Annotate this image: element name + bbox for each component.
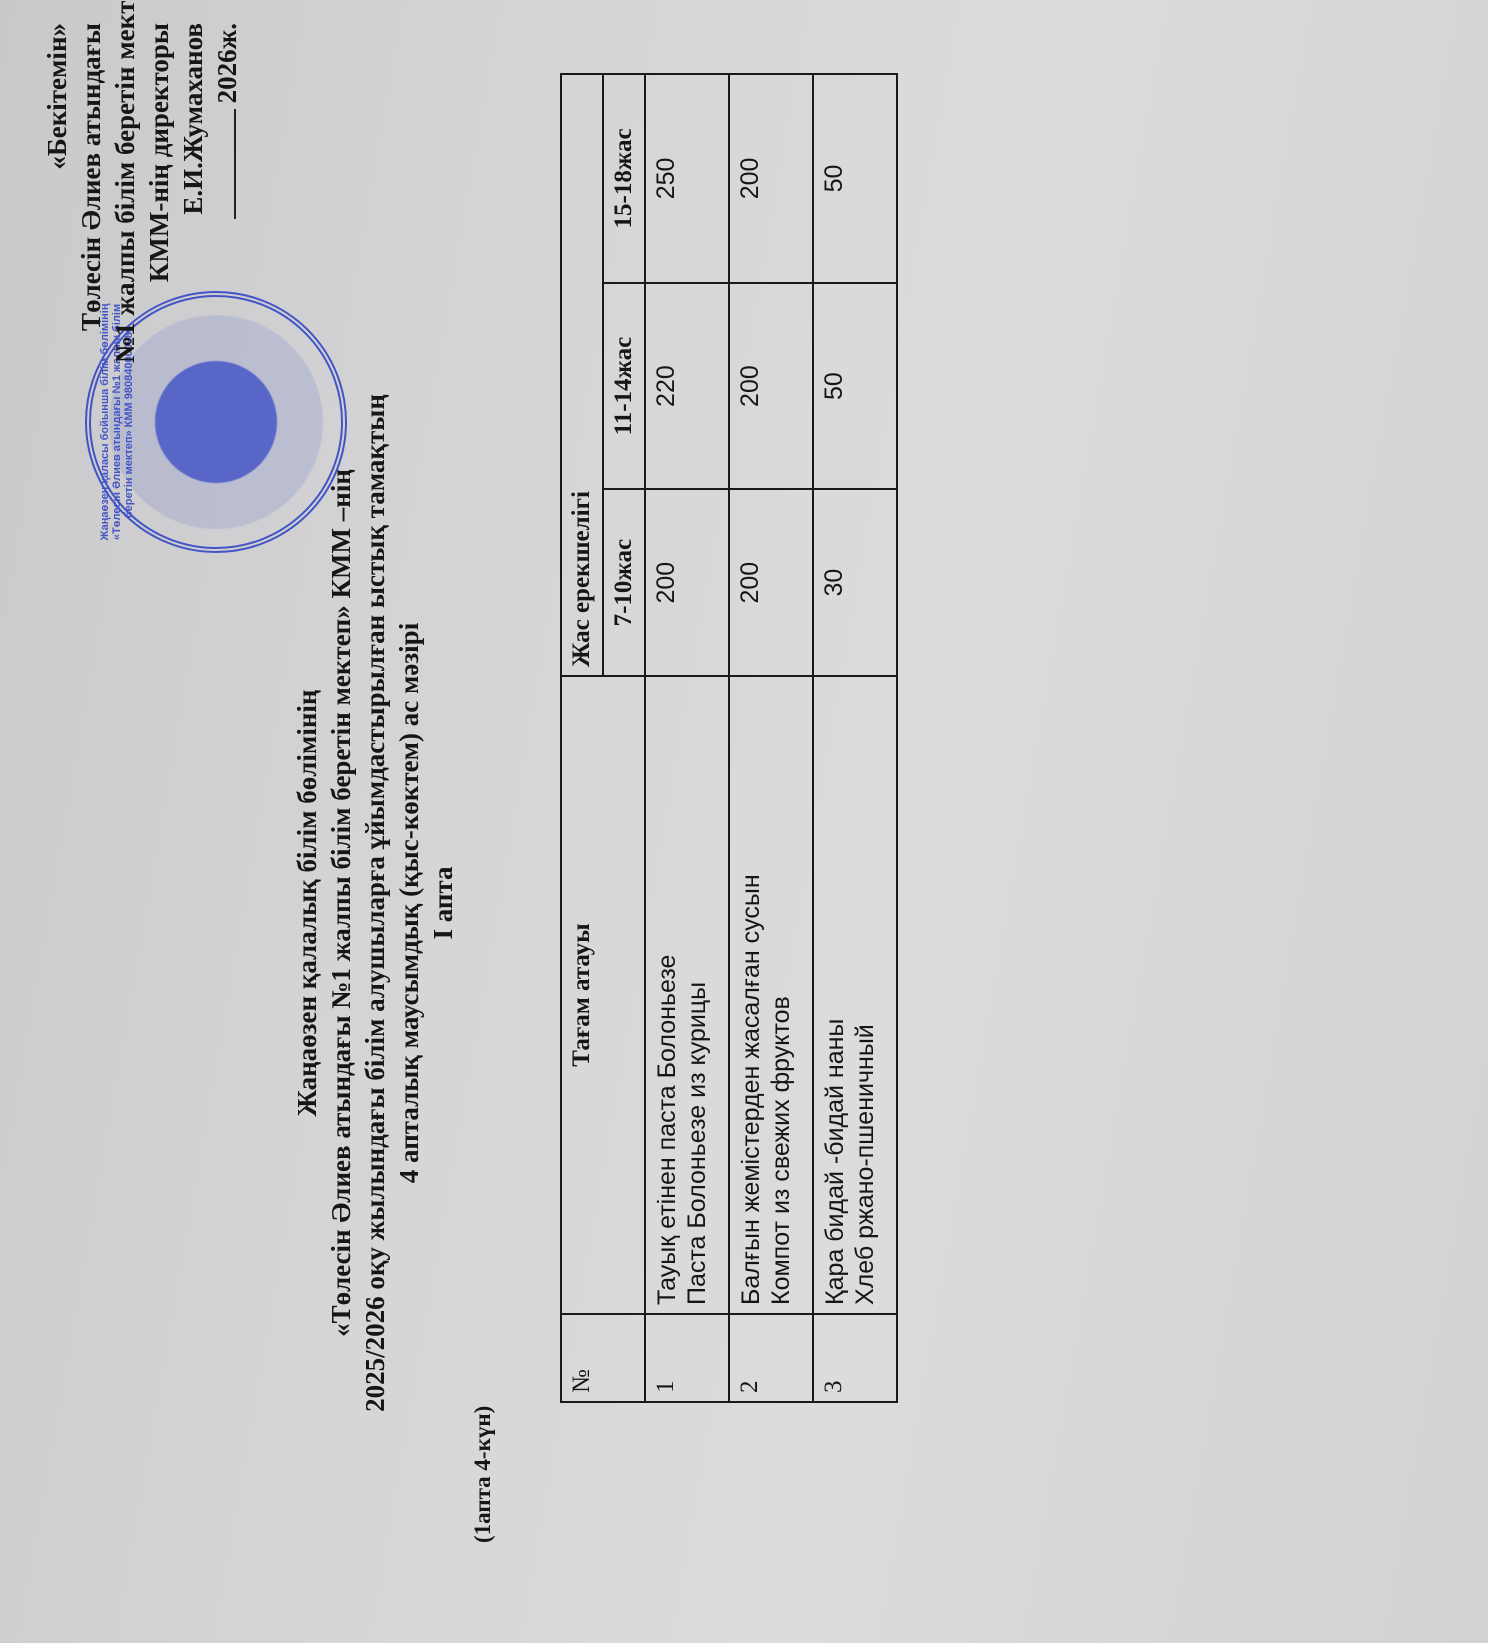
table-header-row: № Тағам атауы Жас ерекшелігі bbox=[561, 74, 603, 1402]
title-line: 2025/2026 оқу жылындағы білім алушыларға… bbox=[358, 353, 392, 1453]
col-number: № bbox=[561, 1314, 645, 1402]
dish-name: Тауық етінен паста БолоньезеПаста Болонь… bbox=[645, 676, 729, 1314]
approval-date: 2026ж. bbox=[212, 23, 242, 103]
dish-name-ru: Хлеб ржано-пшеничный bbox=[850, 685, 880, 1305]
dish-name-ru: Компот из свежих фруктов bbox=[766, 685, 796, 1305]
approval-line: Төлесін Әлиев атындағы bbox=[74, 23, 108, 363]
col-dish-name: Тағам атауы bbox=[561, 676, 645, 1314]
table-row: 2 Балғын жемістерден жасалған сусынКомпо… bbox=[729, 74, 813, 1402]
col-age-15-18: 15-18жас bbox=[603, 74, 645, 283]
portion-15-18: 250 bbox=[645, 74, 729, 283]
row-number: 2 bbox=[729, 1314, 813, 1402]
row-number: 3 bbox=[813, 1314, 897, 1402]
portion-7-10: 200 bbox=[645, 489, 729, 676]
row-number: 1 bbox=[645, 1314, 729, 1402]
approval-heading: «Бекітемін» bbox=[40, 23, 74, 363]
dish-name-ru: Паста Болоньезе из курицы bbox=[682, 685, 712, 1305]
dish-name-kz: Балғын жемістерден жасалған сусын bbox=[736, 685, 766, 1305]
portion-7-10: 200 bbox=[729, 489, 813, 676]
title-line: «Төлесін Әлиев атындағы №1 жалпы білім б… bbox=[324, 353, 358, 1453]
portion-7-10: 30 bbox=[813, 489, 897, 676]
portion-11-14: 200 bbox=[729, 283, 813, 489]
director-name: Е.И.Жумаханов bbox=[176, 23, 210, 363]
col-age-11-14: 11-14жас bbox=[603, 283, 645, 489]
portion-15-18: 200 bbox=[729, 74, 813, 283]
day-label: (1апта 4-күн) bbox=[470, 1406, 496, 1543]
table-row: 1 Тауық етінен паста БолоньезеПаста Боло… bbox=[645, 74, 729, 1402]
approval-line: КММ-нің директоры bbox=[142, 23, 176, 363]
document-page: Жаңаөзен қаласы бойынша білім бөлімінің … bbox=[0, 0, 1488, 1643]
table-row: 3 Қара бидай -бидай наныХлеб ржано-пшени… bbox=[813, 74, 897, 1402]
portion-11-14: 220 bbox=[645, 283, 729, 489]
week-label: I апта bbox=[426, 353, 460, 1453]
dish-name-kz: Қара бидай -бидай наны bbox=[820, 685, 850, 1305]
signature-line bbox=[234, 109, 236, 219]
col-age-7-10: 7-10жас bbox=[603, 489, 645, 676]
dish-name: Қара бидай -бидай наныХлеб ржано-пшеничн… bbox=[813, 676, 897, 1314]
approval-block: «Бекітемін» Төлесін Әлиев атындағы №1 жа… bbox=[40, 23, 244, 363]
title-line: 4 апталық маусымдық (қыс-көктем) ас мәзі… bbox=[392, 353, 426, 1453]
col-age-group: Жас ерекшелігі bbox=[561, 74, 603, 676]
portion-15-18: 50 bbox=[813, 74, 897, 283]
approval-line: №1 жалпы білім беретін мектебі» bbox=[108, 23, 142, 363]
portion-11-14: 50 bbox=[813, 283, 897, 489]
title-line: Жаңаөзен қалалық білім бөлімінің bbox=[290, 353, 324, 1453]
menu-table: № Тағам атауы Жас ерекшелігі 7-10жас 11-… bbox=[560, 73, 898, 1403]
dish-name: Балғын жемістерден жасалған сусынКомпот … bbox=[729, 676, 813, 1314]
document-title: Жаңаөзен қалалық білім бөлімінің «Төлесі… bbox=[290, 353, 460, 1453]
dish-name-kz: Тауық етінен паста Болоньезе bbox=[652, 685, 682, 1305]
